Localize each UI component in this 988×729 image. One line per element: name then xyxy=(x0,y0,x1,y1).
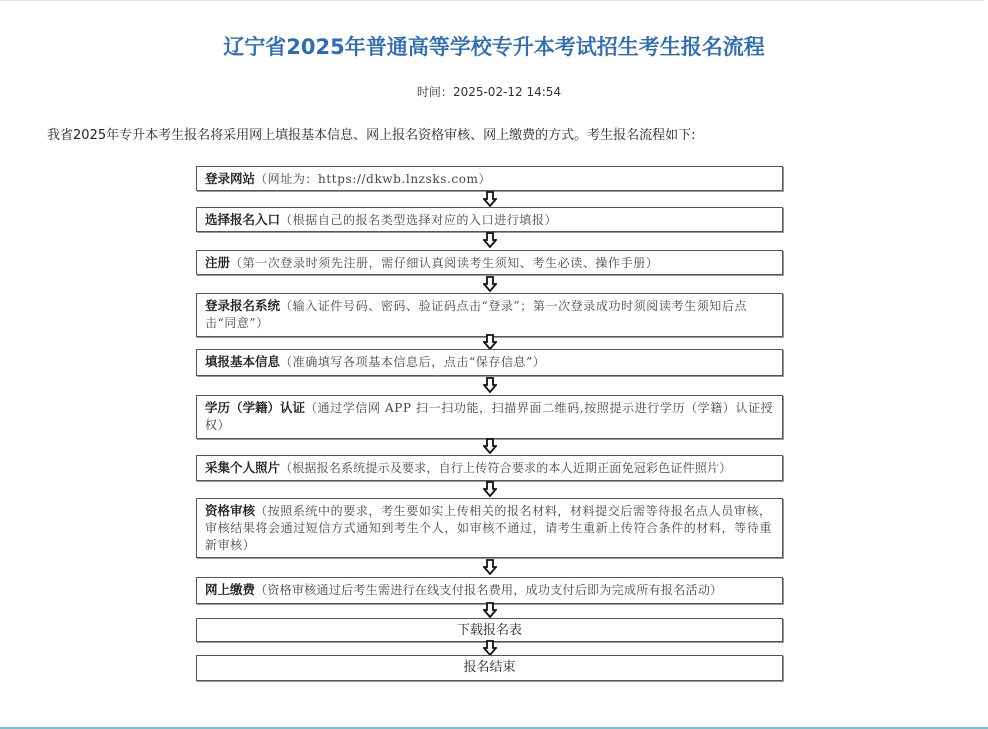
down-arrow-icon xyxy=(483,334,497,350)
step-title: 选择报名入口 xyxy=(205,212,280,227)
step-title: 学历（学籍）认证 xyxy=(205,400,305,415)
step-description: （输入证件号码、密码、验证码点击“登录”；第一次登录成功时须阅读考生须知后点击“… xyxy=(205,299,747,330)
down-arrow-icon xyxy=(483,602,497,618)
step-title: 登录网站 xyxy=(205,171,255,186)
flow-step-qualification-review: 资格审核（按照系统中的要求，考生要如实上传相关的报名材料，材料提交后需等待报名点… xyxy=(196,498,783,558)
step-description: （根据报名系统提示及要求，自行上传符合要求的本人近期正面免冠彩色证件照片） xyxy=(280,461,731,475)
down-arrow-icon xyxy=(483,377,497,393)
registration-flowchart: 登录网站（网址为：https://dkwb.lnzsks.com） 选择报名入口… xyxy=(0,0,988,729)
flow-step-download-form: 下载报名表 xyxy=(196,618,783,642)
step-description: （根据自己的报名类型选择对应的入口进行填报） xyxy=(280,213,557,227)
step-description: （按照系统中的要求，考生要如实上传相关的报名材料，材料提交后需等待报名点人员审核… xyxy=(205,504,772,552)
flow-step-select-entry: 选择报名入口（根据自己的报名类型选择对应的入口进行填报） xyxy=(196,207,783,232)
step-title: 填报基本信息 xyxy=(205,354,280,369)
step-title: 登录报名系统 xyxy=(205,298,280,313)
flow-step-register: 注册（第一次登录时须先注册，需仔细认真阅读考生须知、考生必读、操作手册） xyxy=(196,250,783,275)
down-arrow-icon xyxy=(483,191,497,207)
down-arrow-icon xyxy=(483,276,497,292)
flow-step-login-website: 登录网站（网址为：https://dkwb.lnzsks.com） xyxy=(196,166,783,191)
flow-step-login-system: 登录报名系统（输入证件号码、密码、验证码点击“登录”；第一次登录成功时须阅读考生… xyxy=(196,293,783,337)
down-arrow-icon xyxy=(483,559,497,575)
step-description: （资格审核通过后考生需进行在线支付报名费用，成功支付后即为完成所有报名活动） xyxy=(255,583,722,597)
step-title: 报名结束 xyxy=(463,660,515,675)
down-arrow-icon xyxy=(483,640,497,656)
step-description: （网址为：https://dkwb.lnzsks.com） xyxy=(255,172,491,186)
step-description: （第一次登录时须先注册，需仔细认真阅读考生须知、考生必读、操作手册） xyxy=(230,256,658,270)
step-title: 下载报名表 xyxy=(457,623,522,638)
flow-step-online-payment: 网上缴费（资格审核通过后考生需进行在线支付报名费用，成功支付后即为完成所有报名活… xyxy=(196,577,783,604)
flow-step-fill-basic-info: 填报基本信息（准确填写各项基本信息后，点击“保存信息”） xyxy=(196,349,783,376)
step-title: 注册 xyxy=(205,255,230,270)
step-title: 网上缴费 xyxy=(205,582,255,597)
step-description: （准确填写各项基本信息后，点击“保存信息”） xyxy=(280,355,545,369)
step-title: 资格审核 xyxy=(205,503,255,518)
flow-step-education-verification: 学历（学籍）认证（通过学信网 APP 扫一扫功能，扫描界面二维码,按照提示进行学… xyxy=(196,395,783,439)
flow-step-registration-end: 报名结束 xyxy=(196,655,783,681)
down-arrow-icon xyxy=(483,232,497,248)
flow-step-upload-photo: 采集个人照片（根据报名系统提示及要求，自行上传符合要求的本人近期正面免冠彩色证件… xyxy=(196,455,783,481)
step-title: 采集个人照片 xyxy=(205,460,280,475)
down-arrow-icon xyxy=(483,438,497,454)
down-arrow-icon xyxy=(483,481,497,497)
